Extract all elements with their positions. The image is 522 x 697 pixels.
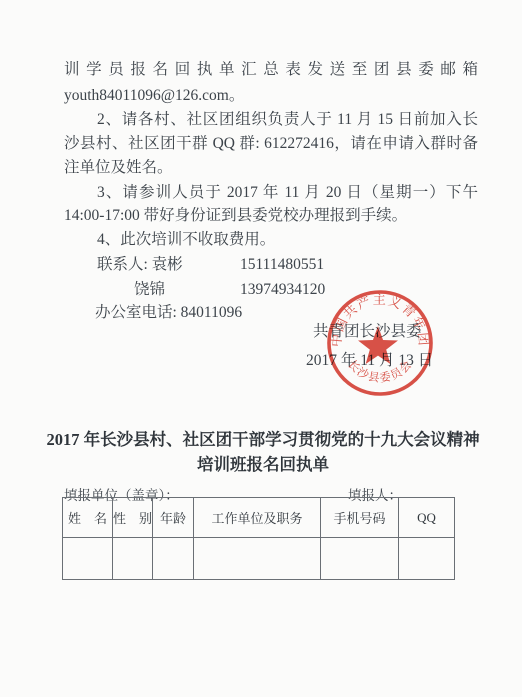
notice-item3-line1: 3、请参训人员于 2017 年 11 月 20 日（星期一）下午 — [64, 183, 478, 203]
contact-row-1: 联系人: 袁彬 15111480551 — [64, 255, 478, 275]
cell-gender — [113, 538, 153, 580]
contact-row-2: 饶锦 13974934120 — [64, 280, 478, 300]
seal-ring — [329, 292, 431, 394]
form-title: 2017 年长沙县村、社区团干部学习贯彻党的十九大会议精神 培训班报名回执单 — [41, 427, 485, 477]
col-header-mobile: 手机号码 — [321, 498, 399, 538]
office-phone: 办公室电话: 84011096 — [95, 303, 242, 323]
table-row — [63, 538, 455, 580]
notice-line-spread: 训学员报名回执单汇总表发送至团县委邮箱 — [64, 60, 478, 80]
form-title-line1: 2017 年长沙县村、社区团干部学习贯彻党的十九大会议精神 — [41, 427, 485, 452]
notice-email-line: youth84011096@126.com。 — [64, 86, 478, 106]
notice-item4: 4、此次培训不收取费用。 — [64, 230, 478, 250]
cell-age — [153, 538, 194, 580]
scanned-notice-page: 训学员报名回执单汇总表发送至团县委邮箱 youth84011096@126.co… — [0, 0, 522, 697]
cell-mobile — [321, 538, 399, 580]
registration-table: 姓 名 性 别 年龄 工作单位及职务 手机号码 QQ — [62, 497, 455, 580]
col-header-age: 年龄 — [153, 498, 194, 538]
notice-item2-line3: 注单位及姓名。 — [64, 158, 478, 178]
contact2-name: 饶锦 — [134, 280, 165, 300]
table-header-row: 姓 名 性 别 年龄 工作单位及职务 手机号码 QQ — [63, 498, 455, 538]
cell-name — [63, 538, 113, 580]
col-header-name: 姓 名 — [63, 498, 113, 538]
notice-item3-line2: 14:00-17:00 带好身份证到县委党校办理报到手续。 — [64, 206, 478, 226]
contact2-phone: 13974934120 — [240, 280, 325, 300]
notice-item2-line2: 沙县村、社区团干群 QQ 群: 612272416，请在申请入群时备 — [64, 134, 478, 154]
col-header-gender: 性 别 — [113, 498, 153, 538]
notice-item2-line1: 2、请各村、社区团组织负责人于 11 月 15 日前加入长 — [64, 110, 478, 130]
col-header-qq: QQ — [399, 498, 455, 538]
signature-date: 2017 年 11 月 13 日 — [306, 348, 433, 370]
form-title-line2: 培训班报名回执单 — [41, 452, 485, 477]
cell-qq — [399, 538, 455, 580]
contact1-phone: 15111480551 — [240, 255, 324, 275]
signature-org: 共青团长沙县委 — [313, 319, 422, 341]
contact1-label-name: 联系人: 袁彬 — [97, 255, 183, 275]
cell-workunit — [194, 538, 321, 580]
col-header-workunit: 工作单位及职务 — [194, 498, 321, 538]
